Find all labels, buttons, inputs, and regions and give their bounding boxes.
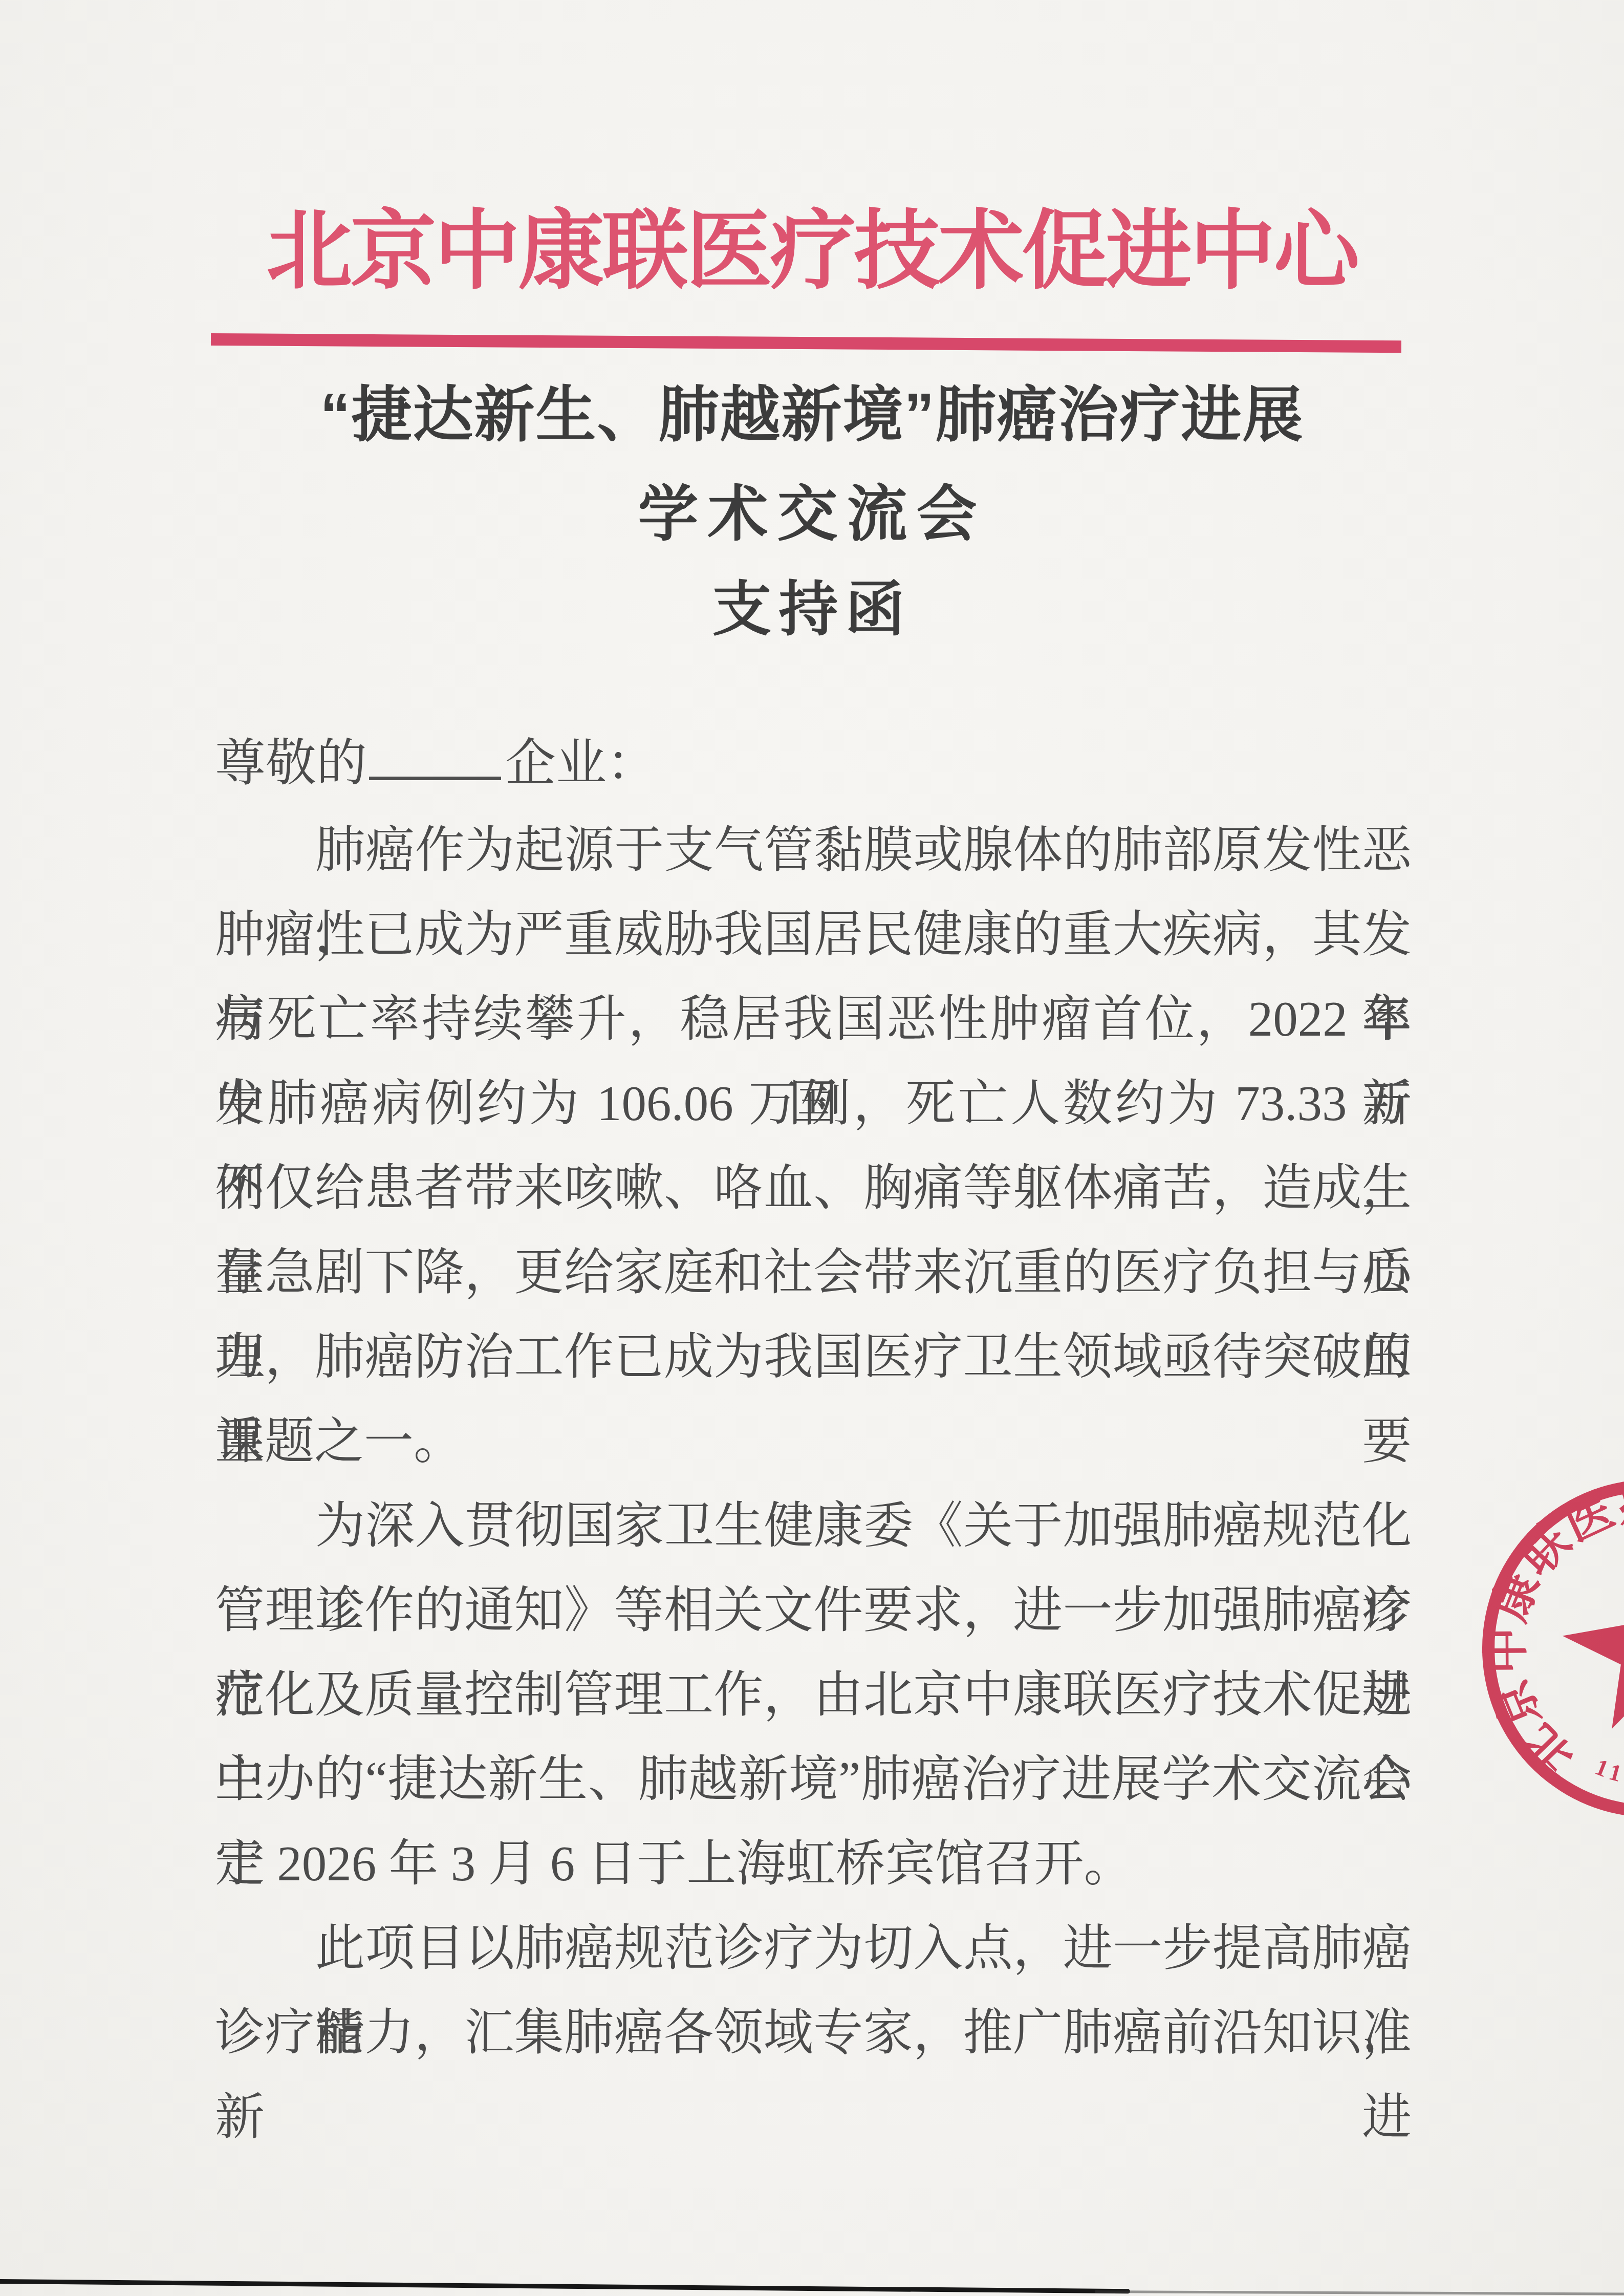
- body-line: 肺癌作为起源于支气管黏膜或腺体的肺部原发性恶性: [215, 808, 1412, 892]
- official-seal: 北京中康联医疗技术促进中心 1101: [1457, 1454, 1624, 1843]
- salutation-suffix: 企业：: [505, 736, 657, 791]
- body-line: 于 2026 年 3 月 6 日于上海虹桥宾馆召开。: [215, 1821, 1412, 1906]
- body-line: 此项目以肺癌规范诊疗为切入点，进一步提高肺癌精准: [215, 1906, 1412, 1990]
- svg-text:1101: 1101: [1588, 1745, 1624, 1801]
- body-line: 量急剧下降，更给家庭和社会带来沉重的医疗负担与心理压: [215, 1230, 1412, 1315]
- salutation-blank-line: [369, 774, 501, 780]
- page-edge-shadow-faint: [1095, 2290, 1624, 2295]
- letter-page: 北京中康联医疗技术促进中心 “捷达新生、肺越新境”肺癌治疗进展 学术交流会 支持…: [0, 0, 1624, 2296]
- svg-text:北京中康联医疗技术促进中心: 北京中康联医疗技术促进中心: [1457, 1454, 1624, 1801]
- body-line: 诊疗能力，汇集肺癌各领域专家，推广肺癌前沿知识，新进: [215, 1990, 1412, 2075]
- body-line: 管理工作的通知》等相关文件要求，进一步加强肺癌诊疗规: [215, 1568, 1412, 1653]
- seal-serial-number: 1101: [1588, 1745, 1624, 1801]
- conference-title-line-2: 学术交流会: [0, 484, 1624, 545]
- salutation-prefix: 尊敬的: [215, 736, 367, 791]
- salutation: 尊敬的企业：: [215, 736, 657, 792]
- seal-star-icon: [1552, 1546, 1624, 1735]
- body-line: 力，肺癌防治工作已成为我国医疗卫生领域亟待突破的重要: [215, 1315, 1412, 1399]
- page-edge-shadow: [0, 2279, 1130, 2293]
- org-masthead-title: 北京中康联医疗技术促进中心: [0, 201, 1624, 304]
- letter-body: 肺癌作为起源于支气管黏膜或腺体的肺部原发性恶性 肿瘤，已成为严重威胁我国居民健康…: [215, 808, 1412, 2075]
- body-line: 为深入贯彻国家卫生健康委《关于加强肺癌规范化诊疗: [215, 1484, 1412, 1568]
- body-line: 不仅给患者带来咳嗽、咯血、胸痛等躯体痛苦，造成生存质: [215, 1146, 1412, 1230]
- body-line: 肿瘤，已成为严重威胁我国居民健康的重大疾病，其发病率: [215, 892, 1412, 977]
- body-line: 范化及质量控制管理工作，由北京中康联医疗技术促进中心: [215, 1653, 1412, 1737]
- body-line: 主办的“捷达新生、肺越新境”肺癌治疗进展学术交流会定: [215, 1737, 1412, 1821]
- masthead-rule: [211, 333, 1401, 353]
- letter-type-title: 支持函: [0, 580, 1624, 639]
- body-line: 发肺癌病例约为 106.06 万例，死亡人数约为 73.33 万例，: [215, 1061, 1412, 1146]
- body-line: 与死亡率持续攀升，稳居我国恶性肿瘤首位，2022 年中国新: [215, 977, 1412, 1061]
- seal-ring-text: 北京中康联医疗技术促进中心: [1457, 1454, 1624, 1801]
- conference-title-line-1: “捷达新生、肺越新境”肺癌治疗进展: [0, 385, 1624, 445]
- conference-title-block: “捷达新生、肺越新境”肺癌治疗进展 学术交流会 支持函: [0, 385, 1624, 639]
